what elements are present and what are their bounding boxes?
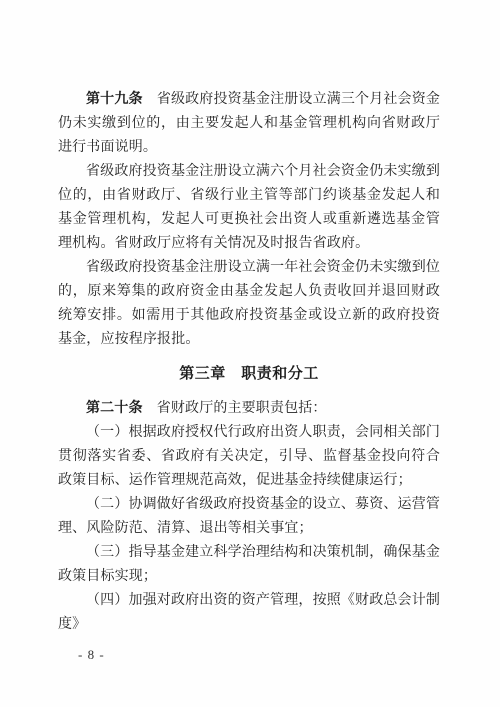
article-19-number: 第十九条 xyxy=(86,92,157,107)
paragraph-one-year-text: 省级政府投资基金注册设立满一年社会资金仍未实缴到位的，原来筹集的政府资金由基金发… xyxy=(58,260,440,347)
duty-item-4-text: （四）加强对政府出资的资产管理，按照《财政总会计制度》 xyxy=(58,593,440,632)
paragraph-six-months-text: 省级政府投资基金注册设立满六个月社会资金仍未实缴到位的，由省财政厅、省级行业主管… xyxy=(58,164,440,251)
duty-item-2: （二）协调做好省级政府投资基金的设立、募资、运营管理、风险防范、清算、退出等相关… xyxy=(58,493,440,541)
chapter-heading: 第三章 职责和分工 xyxy=(58,362,440,386)
page-number: - 8 - xyxy=(78,648,105,662)
duty-item-1: （一）根据政府授权代行政府出资人职责，会同相关部门贯彻落实省委、省政府有关决定，… xyxy=(58,421,440,493)
paragraph-one-year: 省级政府投资基金注册设立满一年社会资金仍未实缴到位的，原来筹集的政府资金由基金发… xyxy=(58,256,440,352)
duty-item-4: （四）加强对政府出资的资产管理，按照《财政总会计制度》 xyxy=(58,589,440,637)
paragraph-article-19: 第十九条 省级政府投资基金注册设立满三个月社会资金仍未实缴到位的，由主要发起人和… xyxy=(58,88,440,160)
duty-item-3: （三）指导基金建立科学治理结构和决策机制，确保基金政策目标实现； xyxy=(58,541,440,589)
duty-item-2-text: （二）协调做好省级政府投资基金的设立、募资、运营管理、风险防范、清算、退出等相关… xyxy=(58,497,440,536)
paragraph-six-months: 省级政府投资基金注册设立满六个月社会资金仍未实缴到位的，由省财政厅、省级行业主管… xyxy=(58,160,440,256)
duty-item-1-text: （一）根据政府授权代行政府出资人职责，会同相关部门贯彻落实省委、省政府有关决定，… xyxy=(58,425,440,488)
document-page: 第十九条 省级政府投资基金注册设立满三个月社会资金仍未实缴到位的，由主要发起人和… xyxy=(0,0,500,707)
article-20-number: 第二十条 xyxy=(86,401,157,416)
duty-item-3-text: （三）指导基金建立科学治理结构和决策机制，确保基金政策目标实现； xyxy=(58,545,440,584)
document-body: 第十九条 省级政府投资基金注册设立满三个月社会资金仍未实缴到位的，由主要发起人和… xyxy=(58,88,440,637)
paragraph-article-20: 第二十条 省财政厅的主要职责包括： xyxy=(58,397,440,421)
article-20-text: 省财政厅的主要职责包括： xyxy=(157,401,327,416)
